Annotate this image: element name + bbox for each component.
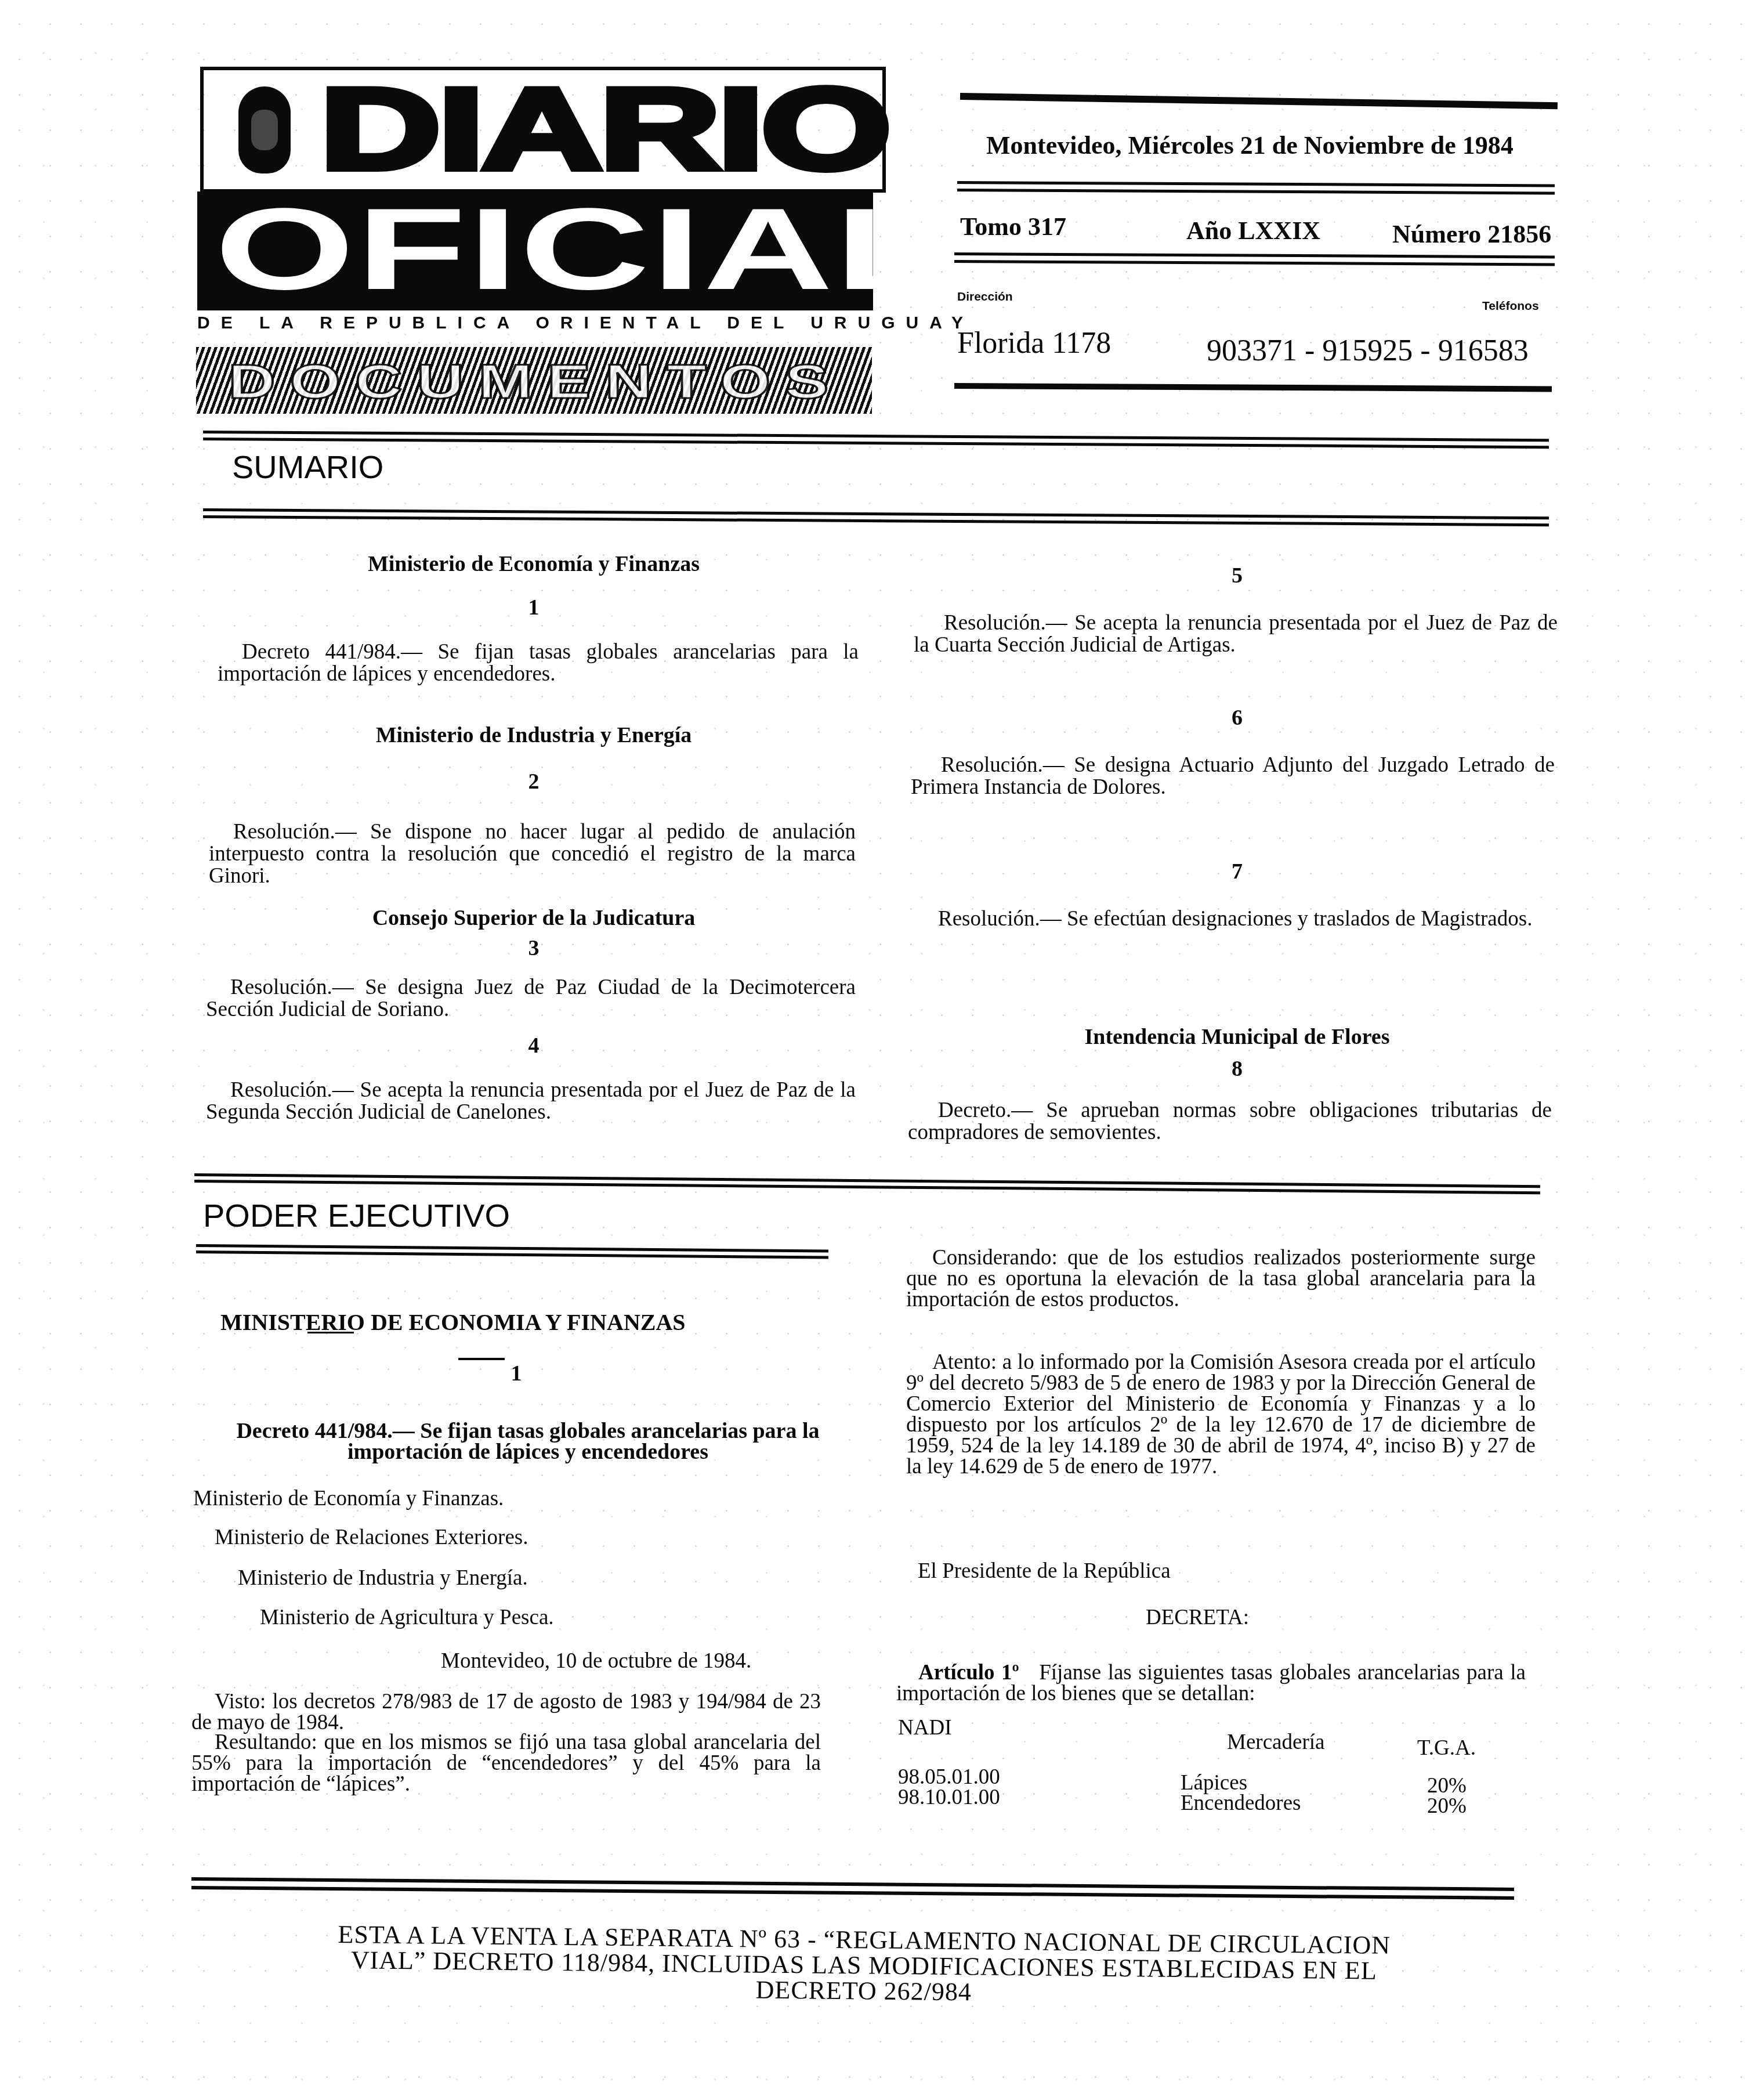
sumario-item-number: 3 [209, 935, 859, 961]
header-rule-3b [954, 260, 1555, 266]
masthead-banner-text: DOCUMENTOS [228, 359, 1051, 402]
sumario-item-number: 5 [911, 563, 1563, 588]
sumario-item-number: 6 [911, 705, 1563, 731]
sumario-item-1[interactable]: Decreto 441/984.— Se fijan tasas globale… [218, 641, 859, 685]
ministry-signatory-3: Ministerio de Industria y Energía. [238, 1568, 528, 1589]
sumario-item-number: 1 [209, 595, 859, 620]
sumario-item-3[interactable]: Resolución.— Se designa Juez de Paz Ciud… [206, 977, 856, 1021]
decreta-heading: DECRETA: [1146, 1607, 1249, 1628]
phones-value: 903371 - 915925 - 916583 [1207, 334, 1529, 368]
sumario-item-number: 2 [209, 769, 859, 794]
sumario-item-6[interactable]: Resolución.— Se designa Actuario Adjunto… [911, 754, 1555, 798]
poder-rule-bottom-b [196, 1250, 828, 1259]
ministry-underline [307, 1332, 354, 1333]
table-row-1-tga: 20% [1427, 1776, 1467, 1797]
table-header-tga: T.G.A. [1417, 1738, 1476, 1759]
atento-paragraph: Atento: a lo informado por la Comisión A… [906, 1352, 1536, 1477]
table-row-2-tga: 20% [1427, 1796, 1467, 1817]
issue-numero: Número 21856 [1392, 219, 1551, 249]
articulo-1: Artículo 1º Fíjanse las siguientes tasas… [896, 1662, 1526, 1704]
decree-place-date: Montevideo, 10 de octubre de 1984. [441, 1651, 751, 1672]
header-rule-3a [954, 252, 1555, 258]
issue-date: Montevideo, Miércoles 21 de Noviembre de… [986, 131, 1514, 160]
masthead-title-line2: OFICIAL [215, 187, 947, 312]
address-label: Dirección [957, 290, 1013, 304]
sumario-org-industria: Ministerio de Industria y Energía [209, 722, 859, 748]
table-header-nadi: NADI [898, 1718, 951, 1738]
sumario-item-4[interactable]: Resolución.— Se acepta la renuncia prese… [206, 1079, 856, 1123]
sumario-item-number: 8 [911, 1056, 1563, 1082]
ministry-heading: MINISTERIO DE ECONOMIA Y FINANZAS [220, 1309, 686, 1336]
issue-anio: Año LXXIX [1186, 216, 1320, 245]
ministry-signatory-2: Ministerio de Relaciones Exteriores. [215, 1527, 528, 1548]
table-row-2-mercaderia: Encendedores [1181, 1793, 1301, 1814]
sumario-item-8-text: Decreto.— Se aprueban normas sobre oblig… [908, 1098, 1552, 1144]
phones-label: Teléfonos [1482, 299, 1539, 313]
sumario-item-number: 7 [911, 859, 1563, 884]
ministry-divider [458, 1358, 505, 1360]
sumario-item-1-text: Decreto 441/984.— Se fijan tasas globale… [218, 640, 859, 686]
sumario-item-5[interactable]: Resolución.— Se acepta la renuncia prese… [914, 612, 1558, 656]
sumario-item-2[interactable]: Resolución.— Se dispone no hacer lugar a… [209, 821, 856, 887]
masthead-diario-box: DIARIO [200, 67, 886, 193]
decree-number: 1 [197, 1361, 835, 1386]
masthead-oficial-box: OFICIAL [197, 191, 873, 310]
sumario-org-flores: Intendencia Municipal de Flores [911, 1024, 1563, 1050]
masthead-subtitle: DE LA REPUBLICA ORIENTAL DEL URUGUAY [197, 313, 876, 333]
sumario-item-2-text: Resolución.— Se dispone no hacer lugar a… [209, 820, 856, 888]
sumario-item-6-text: Resolución.— Se designa Actuario Adjunto… [911, 753, 1555, 799]
sumario-item-5-text: Resolución.— Se acepta la renuncia prese… [914, 611, 1558, 657]
sumario-item-number: 4 [209, 1033, 859, 1058]
resultando-paragraph: Resultando: que en los mismos se fijó un… [191, 1732, 821, 1795]
table-header-mercaderia: Mercadería [1227, 1732, 1324, 1753]
sumario-item-4-text: Resolución.— Se acepta la renuncia prese… [206, 1078, 856, 1124]
sumario-item-8[interactable]: Decreto.— Se aprueban normas sobre oblig… [908, 1100, 1552, 1144]
sumario-item-7-text: Resolución.— Se efectúan designaciones y… [938, 907, 1532, 931]
issue-tomo: Tomo 317 [960, 212, 1066, 241]
presidente-line: El Presidente de la República [918, 1561, 1171, 1582]
address-value: Florida 1178 [957, 326, 1111, 360]
considerando-paragraph: Considerando: que de los estudios realiz… [906, 1248, 1536, 1310]
sumario-title: SUMARIO [232, 448, 383, 486]
coat-of-arms-icon [238, 86, 291, 174]
header-rule-top [960, 93, 1558, 109]
masthead-title-line1: DIARIO [320, 67, 888, 191]
sumario-org-economia: Ministerio de Economía y Finanzas [209, 551, 859, 577]
sumario-item-3-text: Resolución.— Se designa Juez de Paz Ciud… [206, 975, 856, 1021]
table-row-1-nadi: 98.05.01.00 [898, 1767, 1000, 1788]
visto-paragraph: Visto: los decretos 278/983 de 17 de ago… [191, 1691, 821, 1733]
articulo-label: Artículo 1º [918, 1661, 1019, 1685]
ministry-signatory-1: Ministerio de Economía y Finanzas. [193, 1488, 504, 1509]
poder-ejecutivo-title: PODER EJECUTIVO [203, 1197, 510, 1234]
sumario-item-7[interactable]: Resolución.— Se efectúan designaciones y… [908, 908, 1546, 930]
header-rule-2a [957, 181, 1555, 187]
masthead-banner: DOCUMENTOS [196, 347, 872, 414]
separata-notice[interactable]: ESTA A LA VENTA LA SEPARATA Nº 63 - “REG… [231, 1921, 1497, 2011]
sumario-org-judicatura: Consejo Superior de la Judicatura [209, 905, 859, 931]
decree-title: Decreto 441/984.— Se fijan tasas globale… [194, 1421, 861, 1462]
table-row-2-nadi: 98.10.01.00 [898, 1787, 1000, 1808]
header-rule-2b [957, 189, 1555, 194]
ministry-signatory-4: Ministerio de Agricultura y Pesca. [260, 1607, 554, 1628]
table-row-1-mercaderia: Lápices [1181, 1773, 1247, 1794]
